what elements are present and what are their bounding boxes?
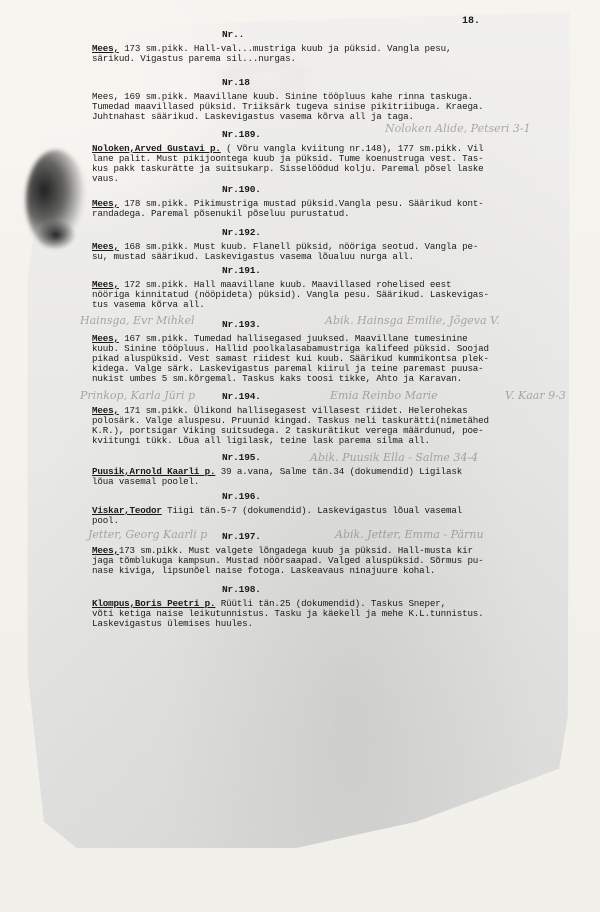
entry: Nr.18Mees, 169 sm.pikk. Maavillane kuub.… (92, 78, 562, 122)
entry-description: 171 sm.pikk. Ülikond hallisegasest villa… (92, 405, 489, 446)
entry-text: Viskar,Teodor Tiigi tän.5-7 (dokumendid)… (92, 506, 562, 526)
handwritten-note: Abik. Jetter, Emma - Pärnu (335, 528, 484, 541)
entry-description: 172 sm.pikk. Hall maavillane kuub. Maavi… (92, 279, 489, 310)
entry-number: Nr.196. (92, 492, 562, 502)
handwritten-note: Abik. Hainsga Emilie, Jõgeva V. (325, 314, 500, 327)
entry-number: Nr.18 (92, 78, 562, 88)
entry: Nr.192.Mees, 168 sm.pikk. Must kuub. Fla… (92, 228, 562, 262)
entry-description: 168 sm.pikk. Must kuub. Flanell püksid, … (92, 241, 478, 262)
handwritten-note: V. Kaar 9-3 (505, 389, 566, 402)
entry-text: Mees, 173 sm.pikk. Hall-val...mustriga k… (92, 44, 562, 64)
entry-number: Nr.198. (92, 585, 562, 595)
entry-number: Nr.191. (92, 266, 562, 276)
entry: Nr.189.Noloken,Arved Gustavi p. ( Võru v… (92, 130, 562, 184)
handwritten-note: Prinkop, Karla Jüri p (80, 389, 195, 402)
entry-text: Mees, 172 sm.pikk. Hall maavillane kuub.… (92, 280, 562, 310)
page-number: 18. (462, 16, 480, 27)
entry-text: Puusik,Arnold Kaarli p. 39 a.vana, Salme… (92, 467, 562, 487)
entry: Nr.190.Mees, 178 sm.pikk. Pikimustriga m… (92, 185, 562, 219)
entry-description: 173 sm.pikk. Must valgete lõngadega kuub… (92, 545, 484, 576)
handwritten-note: Abik. Puusik Ella - Salme 34-4 (310, 451, 478, 464)
handwritten-note: Jetter, Georg Kaarli p (88, 528, 207, 541)
entry-text: Mees,173 sm.pikk. Must valgete lõngadega… (92, 546, 562, 576)
burn-mark (36, 220, 76, 250)
entry-text: Mees, 167 sm.pikk. Tumedad hallisegased … (92, 334, 562, 384)
entry: Nr.191.Mees, 172 sm.pikk. Hall maavillan… (92, 266, 562, 310)
handwritten-note: Hainsga, Evr Mihkel (80, 314, 195, 327)
entry-description: Mees, 169 sm.pikk. Maavillane kuub. Sini… (92, 91, 484, 122)
entry: Nr.193.Mees, 167 sm.pikk. Tumedad hallis… (92, 320, 562, 384)
entry: Nr..Mees, 173 sm.pikk. Hall-val...mustri… (92, 30, 562, 64)
entry-text: Mees, 168 sm.pikk. Must kuub. Flanell pü… (92, 242, 562, 262)
handwritten-note: Noloken Alide, Petseri 3-1 (385, 122, 531, 135)
entry-description: 167 sm.pikk. Tumedad hallisegased juukse… (92, 333, 489, 384)
entry-description: 173 sm.pikk. Hall-val...mustriga kuub ja… (92, 43, 451, 64)
entry-text: Mees, 171 sm.pikk. Ülikond hallisegasest… (92, 406, 562, 446)
entry-number: Nr.190. (92, 185, 562, 195)
entry: Nr.198.Klompus,Boris Peetri p. Rüütli tä… (92, 585, 562, 629)
entry-description: 178 sm.pikk. Pikimustriga mustad püksid.… (92, 198, 484, 219)
entry-number: Nr.. (92, 30, 562, 40)
entry: Nr.196.Viskar,Teodor Tiigi tän.5-7 (doku… (92, 492, 562, 526)
handwritten-note: Emia Reinbo Marie (330, 389, 438, 402)
entry-text: Klompus,Boris Peetri p. Rüütli tän.25 (d… (92, 599, 562, 629)
entry-text: Mees, 169 sm.pikk. Maavillane kuub. Sini… (92, 92, 562, 122)
entry-number: Nr.192. (92, 228, 562, 238)
entry-text: Mees, 178 sm.pikk. Pikimustriga mustad p… (92, 199, 562, 219)
entry-text: Noloken,Arved Gustavi p. ( Võru vangla k… (92, 144, 562, 184)
